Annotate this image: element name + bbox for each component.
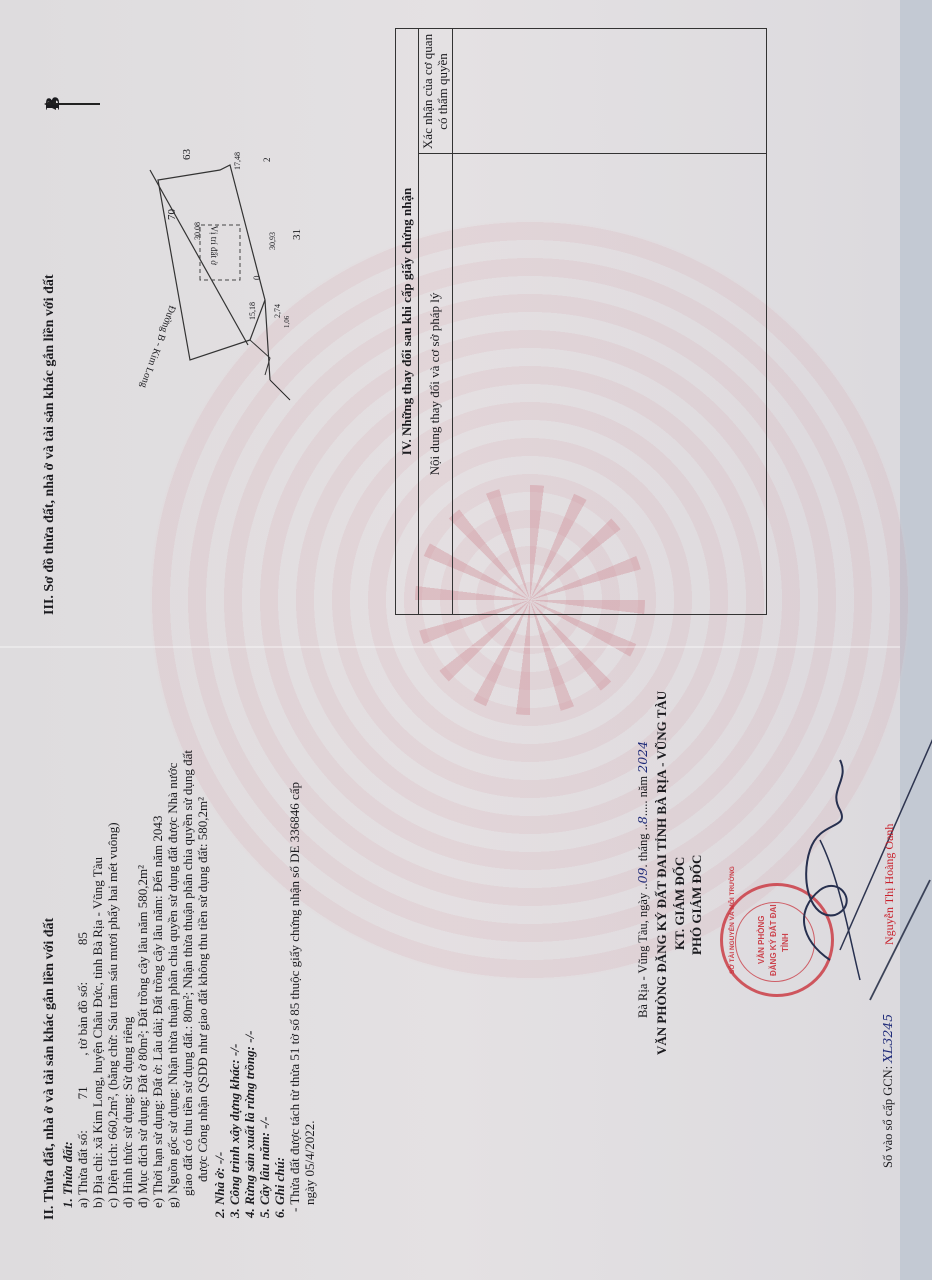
section-iii-title: III. Sơ đồ thửa đất, nhà ở và tài sản kh… [42, 274, 57, 615]
on-behalf-label: KT. GIÁM ĐỐC [672, 857, 687, 950]
signer-name: Nguyễn Thị Hoàng Oanh [882, 824, 897, 945]
issuing-office: VĂN PHÒNG ĐĂNG KÝ ĐẤT ĐAI TỈNH BÀ RỊA - … [654, 691, 669, 1055]
usage-purpose: đ) Mục đích sử dụng: Đất ở 80m²; Đất trồ… [135, 865, 150, 1208]
north-label: B [46, 97, 61, 110]
registry-label: Số vào sổ cấp GCN: [881, 1063, 895, 1168]
changes-table: IV. Những thay đổi sau khi cấp giấy chứn… [395, 28, 767, 615]
registry-value: XL3245 [880, 1014, 895, 1063]
col-authority-confirm-2: có thẩm quyền [435, 29, 450, 154]
production-forest: 4. Rừng sản xuất là rừng trồng: -/- [242, 1030, 257, 1218]
paper-fold [0, 646, 900, 648]
usage-origin-line3: được Công nhận QSDĐ như giao đất không t… [195, 797, 210, 1182]
house: 2. Nhà ở: -/- [212, 1152, 227, 1218]
other-construction: 3. Công trình xây dựng khác: -/- [227, 1044, 242, 1218]
parcel-number: 71 [75, 1059, 90, 1127]
note-line1: - Thửa đất được tách từ thửa 51 tờ số 85… [287, 782, 302, 1212]
land-certificate-page: II. Thửa đất, nhà ở và tài sản khác gắn … [0, 0, 932, 1280]
photo-background: II. Thửa đất, nhà ở và tài sản khác gắn … [0, 0, 932, 1280]
edge-length-4: 15,18 [245, 302, 260, 320]
parcel-label: a) Thửa đất số: [75, 1130, 90, 1208]
month-label: . tháng .. [636, 824, 650, 867]
map-sheet-label: , tờ bản đồ số: [75, 982, 90, 1056]
perennial-trees: 5. Cây lâu năm: -/- [257, 1117, 272, 1218]
land-heading: 1. Thửa đất: [60, 1141, 75, 1208]
neighbor-parcel-63: 63 [180, 149, 195, 160]
col-change-content: Nội dung thay đổi và cơ sở pháp lý [427, 154, 442, 614]
changes-table-header-row: Nội dung thay đổi và cơ sở pháp lý Xác n… [418, 29, 453, 614]
edge-length-3: 30,93 [265, 232, 280, 250]
neighbor-parcel-31: 31 [290, 229, 305, 240]
section-ii-title: II. Thửa đất, nhà ở và tài sản khác gắn … [42, 918, 57, 1220]
place-date-prefix: Bà Rịa - Vũng Tàu, ngày .. [636, 883, 650, 1018]
signature-scribble [700, 660, 932, 1080]
edge-length-6: 1,06 [280, 316, 295, 328]
neighbor-parcel-70: 70 [165, 209, 180, 220]
edge-length-2: 17,48 [230, 152, 245, 170]
registry-number: Số vào sổ cấp GCN: XL3245 [880, 1014, 896, 1168]
note-line2: ngày 05/4/2022. [302, 1121, 317, 1206]
residential-position-label: Vị trí đất ở [206, 225, 221, 265]
date-day: 09 [635, 868, 650, 884]
usage-origin-line2: giao đất có thu tiền sử dụng đất.: 80m²;… [180, 750, 195, 1196]
section-iv-title: IV. Những thay đổi sau khi cấp giấy chứn… [396, 29, 418, 614]
notes-heading: 6. Ghi chú: [272, 1157, 287, 1218]
place-date: Bà Rịa - Vũng Tàu, ngày ..09. tháng ..8.… [635, 741, 651, 1018]
parcel-number-row: a) Thửa đất số: 71 , tờ bản đồ số: 85 [75, 899, 90, 1208]
edge-length-1: 30,08 [190, 222, 205, 240]
usage-term: e) Thời hạn sử dụng: Đất ở: Lâu dài; Đất… [150, 816, 165, 1208]
address: b) Địa chỉ: xã Kim Long, huyện Châu Đức,… [90, 857, 105, 1208]
map-sheet-number: 85 [75, 899, 90, 979]
col-authority-confirm-1: Xác nhận của cơ quan [420, 29, 435, 154]
usage-origin-line1: g) Nguồn gốc sử dụng: Nhận thừa thuận ph… [165, 763, 180, 1208]
usage-form: d) Hình thức sử dụng: Sử dụng riêng [120, 1017, 135, 1208]
changes-table-title-row: IV. Những thay đổi sau khi cấp giấy chứn… [396, 29, 419, 614]
vertex-0: 0 [250, 276, 265, 281]
table-column-divider [418, 153, 766, 154]
date-month: 8 [635, 816, 650, 824]
date-year: 2024 [635, 741, 650, 773]
vertex-2: 2 [260, 158, 275, 163]
area: c) Diện tích: 660,2m², (bằng chữ: Sáu tr… [105, 822, 120, 1208]
year-label: ..... năm [636, 773, 650, 816]
